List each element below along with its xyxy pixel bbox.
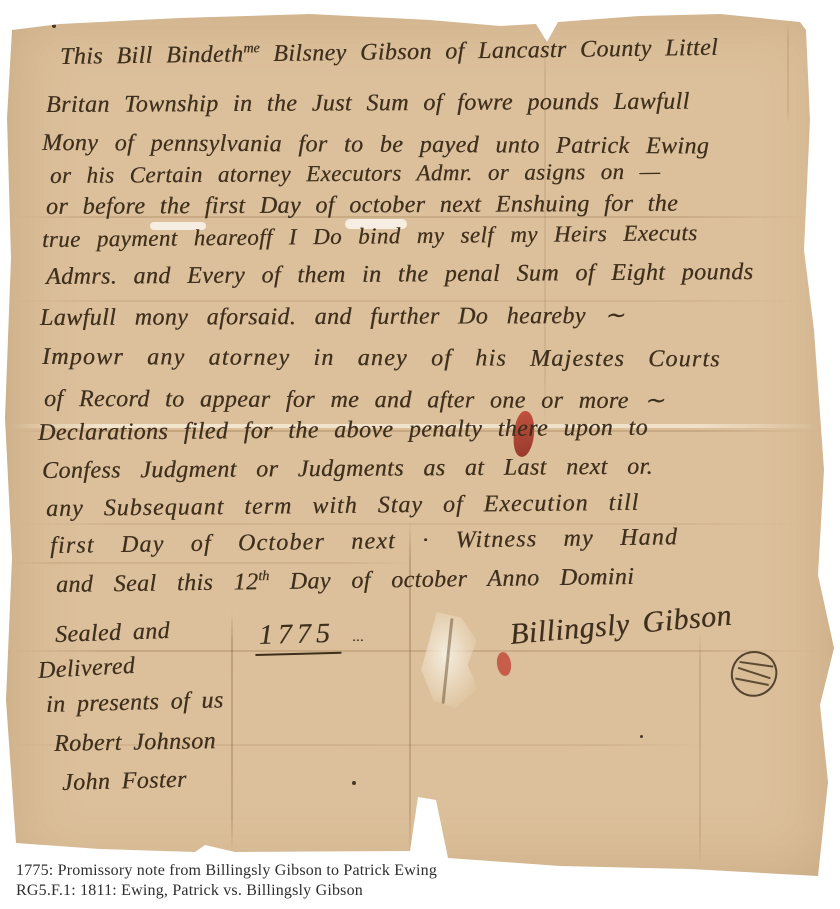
- manuscript-line: Mony of pennsylvania for to be payed unt…: [42, 130, 709, 160]
- fold-crease: [10, 562, 410, 564]
- manuscript-line: Admrs. and Every of them in the penal Su…: [46, 259, 754, 291]
- scan-background: This Bill Bindethme Bilsney Gibson of La…: [0, 0, 840, 909]
- wax-seal-remnant: [495, 651, 512, 677]
- manuscript-line: true payment heareoff I Do bind my self …: [42, 220, 698, 253]
- fold-crease: [699, 632, 701, 868]
- ink-marks: ···: [352, 634, 364, 650]
- manuscript-text: This Bill Bindeth: [60, 41, 244, 70]
- superscript-th: th: [258, 569, 269, 584]
- caption: 1775: Promissory note from Billingsly Gi…: [16, 861, 437, 900]
- fold-crease: [787, 24, 789, 124]
- ink-speck: [352, 781, 356, 785]
- caption-line-1: 1775: Promissory note from Billingsly Gi…: [16, 861, 437, 881]
- inked-seal-scribble: [726, 646, 782, 702]
- witness-name: Robert Johnson: [54, 728, 216, 758]
- caption-line-2: RG5.F.1: 1811: Ewing, Patrick vs. Billin…: [16, 881, 437, 901]
- manuscript-line: This Bill Bindethme Bilsney Gibson of La…: [60, 35, 719, 71]
- manuscript-line: Declarations filed for the above penalty…: [38, 415, 648, 447]
- manuscript-line: or his Certain atorney Executors Admr. o…: [50, 159, 661, 189]
- year-text: 1775: [255, 618, 342, 656]
- manuscript-line: Confess Judgment or Judgments as at Last…: [42, 454, 653, 485]
- manuscript-line: Lawfull mony aforsaid. and further Do he…: [40, 301, 625, 332]
- manuscript-line: and Seal this 12th Day of october Anno D…: [56, 564, 635, 599]
- manuscript-text: Day of october Anno Domini: [269, 564, 634, 595]
- manuscript-text: and Seal this 12: [56, 569, 259, 598]
- manuscript-line: Britan Township in the Just Sum of fowre…: [46, 89, 690, 119]
- fold-crease: [14, 523, 804, 525]
- signature: Billingsly Gibson: [509, 599, 734, 652]
- delivered-note: Delivered: [37, 653, 136, 685]
- manuscript-text: Bilsney Gibson of Lancastr County Littel: [273, 35, 718, 67]
- sealed-and-note: Sealed and: [55, 618, 171, 649]
- fold-crease: [12, 650, 818, 652]
- superscript-me: me: [243, 41, 260, 56]
- manuscript-line: of Record to appear for me and after one…: [44, 384, 665, 415]
- ink-speck: [52, 24, 56, 28]
- manuscript-line: first Day of October next · Witness my H…: [50, 524, 679, 560]
- manuscript-line: any Subsequant term with Stay of Executi…: [46, 490, 640, 523]
- witness-name: John Foster: [62, 767, 187, 797]
- presents-note: in presents of us: [46, 687, 224, 719]
- fold-crease: [231, 612, 233, 852]
- ink-speck: [640, 735, 643, 738]
- document-paper: This Bill Bindethme Bilsney Gibson of La…: [0, 0, 840, 885]
- manuscript-line: Impowr any atorney in aney of his Majest…: [42, 344, 721, 373]
- manuscript-line: or before the first Day of october next …: [46, 191, 678, 221]
